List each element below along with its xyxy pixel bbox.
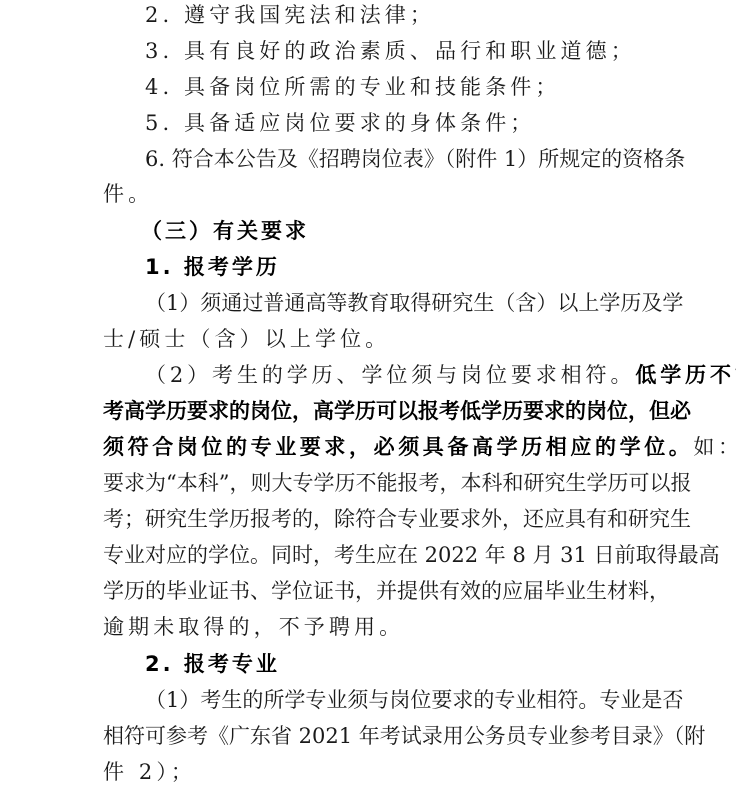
subsection-heading-major: 2. 报考专业 [145, 646, 280, 682]
education-paragraph-1-line-1: （1）须通过普通高等教育取得研究生（含）以上学历及学 [145, 285, 635, 321]
education-paragraph-2-line-8: 逾期未取得的，不予聘用。 [103, 609, 404, 645]
major-paragraph-1-line-3: 件 2）； [103, 754, 196, 790]
education-paragraph-2-line-4: 要求为“本科”，则大专学历不能报考，本科和研究生学历可以报 [103, 465, 635, 501]
education-paragraph-1-line-2: 士/硕士（含）以上学位。 [103, 321, 390, 357]
education-paragraph-2-line-1-normal: （2）考生的学历、学位须与岗位要求相符。 [145, 363, 635, 387]
education-paragraph-2-line-3: 须符合岗位的专业要求，必须具备高学历相应的学位。如：学历 [103, 429, 736, 465]
education-paragraph-2-line-1: （2）考生的学历、学位须与岗位要求相符。低学历不能报 [145, 357, 736, 393]
education-paragraph-2-line-1-bold: 低学历不能报 [635, 363, 736, 387]
qualification-item-3: 3. 具有良好的政治素质、品行和职业道德； [145, 33, 636, 69]
education-paragraph-2-line-6: 专业对应的学位。同时，考生应在 2022 年 8 月 31 日前取得最高 [103, 537, 635, 573]
education-paragraph-2-line-3-bold: 须符合岗位的专业要求，必须具备高学历相应的学位。 [103, 435, 693, 459]
education-paragraph-2-line-2: 考高学历要求的岗位，高学历可以报考低学历要求的岗位，但必 [103, 393, 635, 429]
subsection-heading-education: 1. 报考学历 [145, 249, 280, 285]
qualification-item-6-line-1: 6. 符合本公告及《招聘岗位表》（附件 1）所规定的资格条 [145, 141, 635, 177]
qualification-item-5: 5. 具备适应岗位要求的身体条件； [145, 105, 535, 141]
section-heading-requirements: （三）有关要求 [141, 213, 309, 249]
education-paragraph-2-line-5: 考；研究生学历报考的，除符合专业要求外，还应具有和研究生 [103, 501, 635, 537]
qualification-item-4: 4. 具备岗位所需的专业和技能条件； [145, 69, 561, 105]
major-paragraph-1-line-2: 相符可参考《广东省 2021 年考试录用公务员专业参考目录》（附 [103, 718, 635, 754]
major-paragraph-1-line-1: （1）考生的所学专业须与岗位要求的专业相符。专业是否 [145, 682, 635, 718]
education-paragraph-2-line-3-normal: 如：学历 [693, 435, 736, 459]
education-paragraph-2-line-7: 学历的毕业证书、学位证书，并提供有效的应届毕业生材料， [103, 573, 635, 609]
qualification-item-2: 2. 遵守我国宪法和法律； [145, 0, 435, 33]
qualification-item-6-line-2: 件。 [103, 176, 153, 212]
